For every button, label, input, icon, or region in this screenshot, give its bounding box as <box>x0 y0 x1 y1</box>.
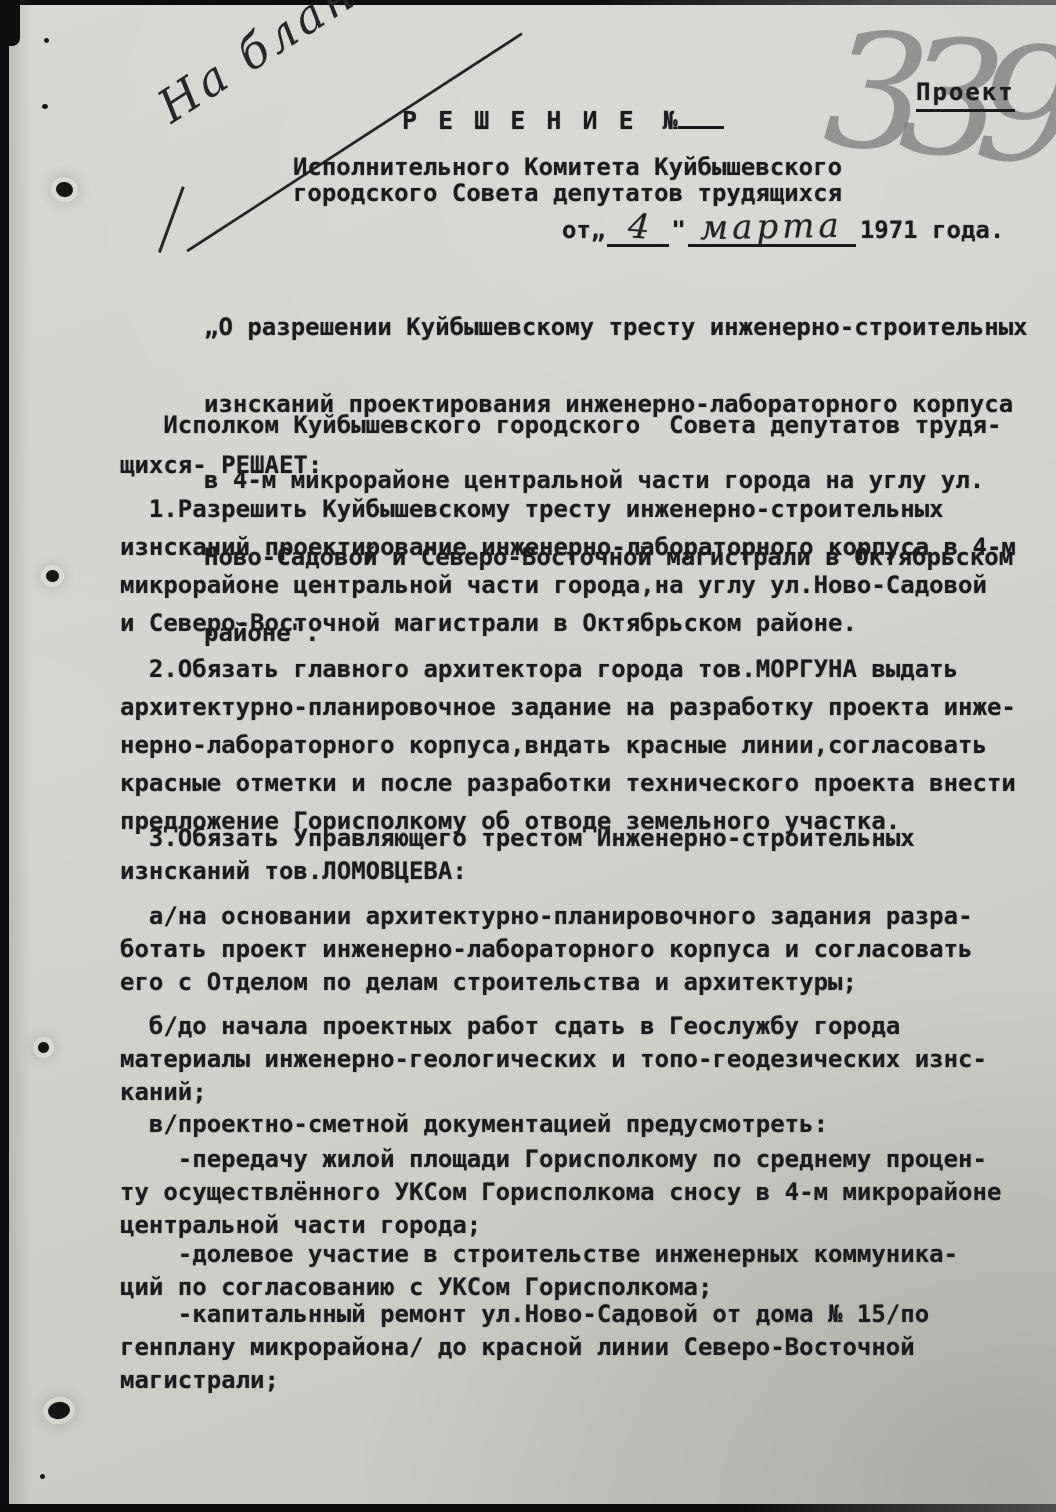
paragraph-subpoint-v: в/проектно-сметной документацией предусм… <box>120 1108 1050 1141</box>
org-line-2: городского Совета депутатов трудящихся <box>280 181 855 207</box>
punch-hole <box>47 1400 72 1421</box>
paragraph-point-1: 1.Разрешить Куйбышевскому тресту инженер… <box>120 490 1050 642</box>
handwritten-month: марта <box>700 215 843 239</box>
date-prefix: от„ <box>562 216 605 244</box>
punch-hole <box>54 180 74 199</box>
punch-hole <box>38 1042 49 1053</box>
paper-speck <box>44 38 49 43</box>
paragraph-subpoint-a: а/на основании архитектурно-планировочно… <box>120 900 1050 999</box>
handwritten-stroke-tail <box>158 186 185 253</box>
date-day-blank: 4 <box>607 216 669 247</box>
document-page: На бланке 339 Проект Р Е Ш Е Н И Е№ Испо… <box>0 0 1056 1512</box>
paragraph-dash-3: -капитальнный ремонт ул.Ново-Садовой от … <box>120 1298 1050 1397</box>
title-number-sign: № <box>663 106 678 135</box>
scan-edge-corner <box>0 0 20 46</box>
date-line: от„4"марта1971 года. <box>562 216 1004 247</box>
page-title: Р Е Ш Е Н И Е№ <box>402 106 724 135</box>
punch-hole <box>46 570 59 582</box>
scan-edge-left-shadow <box>9 0 35 1512</box>
paragraph-resolution: Исполком Куйбышевского городского Совета… <box>120 405 1050 485</box>
paragraph-point-2: 2.Обязать главного архитектора города то… <box>120 650 1050 840</box>
handwritten-day: 4 <box>627 216 650 237</box>
handwritten-corner-note: На бланке <box>148 0 419 133</box>
paragraph-point-3: 3.Обязать Управляющего трестом Инженерно… <box>120 822 1050 888</box>
paper-speck <box>42 104 48 109</box>
org-line-1: Исполнительного Комитета Куйбышевского <box>280 155 855 181</box>
scan-edge-top <box>0 0 1056 5</box>
paper-speck <box>40 1474 45 1479</box>
date-year: 1971 года. <box>860 216 1005 244</box>
scan-edge-bottom <box>0 1504 1056 1512</box>
date-month-blank: марта <box>688 216 856 247</box>
paragraph-subpoint-b: б/до начала проектных работ сдать в Геос… <box>120 1010 1050 1109</box>
project-label: Проект <box>916 78 1015 112</box>
paragraph-dash-2: -долевое участие в строительстве инженер… <box>120 1238 1050 1304</box>
title-text: Р Е Ш Е Н И Е <box>402 106 637 135</box>
paragraph-dash-1: -передачу жилой площади Горисполкому по … <box>120 1143 1050 1242</box>
subject-line: „О разрешении Куйбышевскому тресту инжен… <box>204 315 1028 341</box>
scan-edge-left <box>0 0 9 1512</box>
number-blank-line <box>678 106 724 129</box>
date-close-quote: " <box>671 216 685 244</box>
